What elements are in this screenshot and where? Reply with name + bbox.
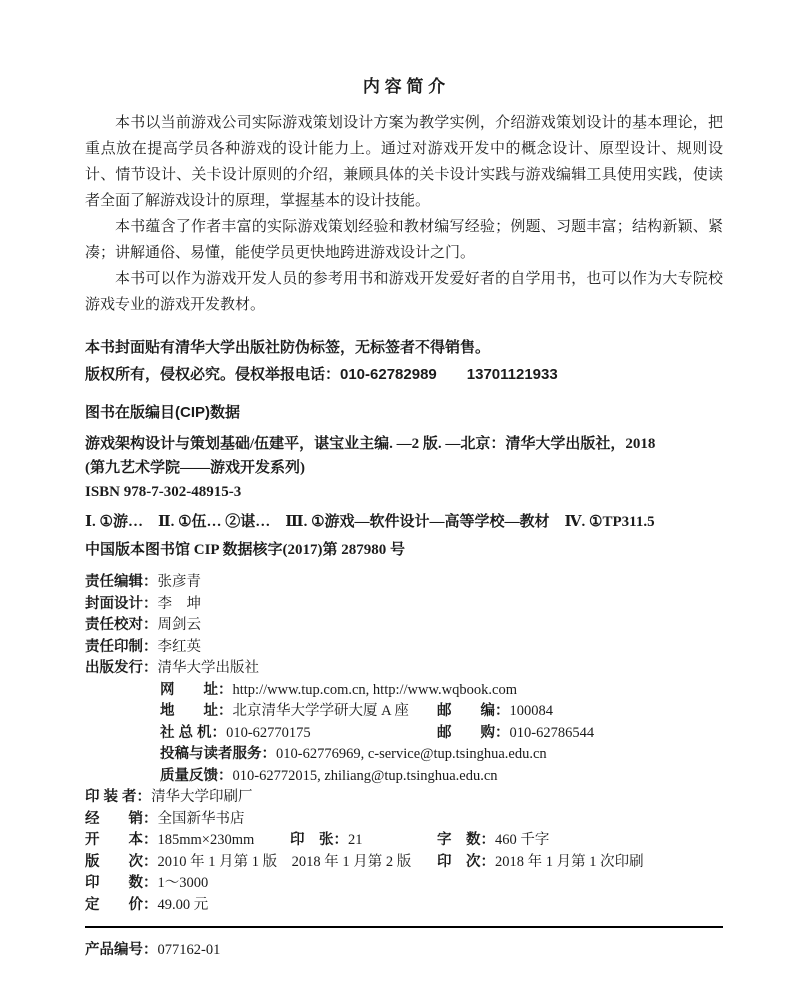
- printer-value: 清华大学印刷厂: [151, 789, 253, 805]
- info-label: 印 装 者：: [85, 789, 151, 805]
- colophon-row-printer: 印 装 者：清华大学印刷厂: [85, 787, 723, 809]
- address-value: 北京清华大学学研大厦 A 座: [233, 703, 409, 719]
- info-label: 投稿与读者服务：: [160, 746, 276, 762]
- info-label: 印 次：: [437, 854, 495, 870]
- section-title: 内 容 简 介: [85, 76, 723, 98]
- publisher-mail-order: 邮 购：010-62786544: [437, 723, 594, 745]
- cip-record-number: 中国版本图书馆 CIP 数据核字(2017)第 287980 号: [85, 538, 723, 562]
- credit-label: 封面设计：: [85, 596, 158, 612]
- cip-isbn: ISBN 978-7-302-48915-3: [85, 480, 723, 504]
- colophon-row-print-run: 印 数：1～3000: [85, 873, 723, 895]
- book-copyright-page: 内 容 简 介 本书以当前游戏公司实际游戏策划设计方案为教学实例，介绍游戏策划设…: [0, 0, 804, 1000]
- publisher-row-address: 地 址：北京清华大学学研大厦 A 座 邮 编：100084: [85, 701, 723, 723]
- credit-label: 责任印制：: [85, 639, 158, 655]
- distributor-value: 全国新华书店: [158, 811, 245, 827]
- credit-label: 责任编辑：: [85, 574, 158, 590]
- print-run-value: 1～3000: [158, 875, 209, 891]
- format-value: 185mm×230mm: [158, 832, 255, 848]
- credit-row-print-supervisor: 责任印制：李红英: [85, 637, 723, 659]
- intro-paragraph-3: 本书可以作为游戏开发人员的参考用书和游戏开发爱好者的自学用书，也可以作为大专院校…: [85, 266, 723, 318]
- notice-line-2: 版权所有，侵权必究。侵权举报电话：010-62782989 1370112193…: [85, 361, 723, 388]
- intro-paragraph-2: 本书蕴含了作者丰富的实际游戏策划经验和教材编写经验；例题、习题丰富；结构新颖、紧…: [85, 214, 723, 266]
- credit-value: 周剑云: [158, 617, 202, 633]
- publisher-postcode: 邮 编：100084: [437, 701, 553, 723]
- info-label: 字 数：: [437, 832, 495, 848]
- colophon-row-format: 开 本：185mm×230mm 印 张：21 字 数：460 千字: [85, 830, 723, 852]
- colophon-sheets: 印 张：21: [290, 830, 363, 852]
- credit-label: 责任校对：: [85, 617, 158, 633]
- publisher-row-quality-feedback: 质量反馈：010-62772015, zhiliang@tup.tsinghua…: [85, 766, 723, 788]
- publisher-row-switchboard: 社 总 机：010-62770175 邮 购：010-62786544: [85, 723, 723, 745]
- info-label: 社 总 机：: [160, 725, 226, 741]
- anti-piracy-notice: 本书封面贴有清华大学出版社防伪标签，无标签者不得销售。 版权所有，侵权必究。侵权…: [85, 334, 723, 388]
- cip-series: (第九艺术学院——游戏开发系列): [85, 456, 723, 480]
- colophon-impression: 印 次：2018 年 1 月第 1 次印刷: [437, 852, 644, 874]
- info-label: 定 价：: [85, 897, 158, 913]
- colophon-row-price: 定 价：49.00 元: [85, 895, 723, 917]
- cip-block: 图书在版编目(CIP)数据 游戏架构设计与策划基础/伍建平，谌宝业主编. —2 …: [85, 402, 723, 562]
- colophon-row-distributor: 经 销：全国新华书店: [85, 809, 723, 831]
- credit-row-cover-design: 封面设计：李 坤: [85, 594, 723, 616]
- credit-row-publisher: 出版发行：清华大学出版社: [85, 658, 723, 680]
- mail-order-value: 010-62786544: [510, 725, 595, 741]
- imprint-block: 责任编辑：张彦青 封面设计：李 坤 责任校对：周剑云 责任印制：李红英 出版发行…: [85, 572, 723, 916]
- info-label: 质量反馈：: [160, 768, 233, 784]
- credit-value: 李 坤: [158, 596, 202, 612]
- word-count-value: 460 千字: [495, 832, 549, 848]
- credit-value: 李红英: [158, 639, 202, 655]
- colophon-word-count: 字 数：460 千字: [437, 830, 549, 852]
- website-value: http://www.tup.com.cn, http://www.wqbook…: [233, 682, 517, 698]
- credit-row-editor: 责任编辑：张彦青: [85, 572, 723, 594]
- divider-line: [85, 926, 723, 928]
- postcode-value: 100084: [510, 703, 554, 719]
- price-value: 49.00 元: [158, 897, 209, 913]
- credit-value: 清华大学出版社: [158, 660, 260, 676]
- info-label: 邮 购：: [437, 725, 510, 741]
- info-label: 印 数：: [85, 875, 158, 891]
- info-label: 邮 编：: [437, 703, 510, 719]
- notice-line-1: 本书封面贴有清华大学出版社防伪标签，无标签者不得销售。: [85, 334, 723, 361]
- info-label: 网 址：: [160, 682, 233, 698]
- info-label: 版 次：: [85, 854, 158, 870]
- product-number-label: 产品编号：: [85, 942, 158, 958]
- credit-value: 张彦青: [158, 574, 202, 590]
- intro-paragraph-1: 本书以当前游戏公司实际游戏策划设计方案为教学实例，介绍游戏策划设计的基本理论，把…: [85, 110, 723, 214]
- reader-service-value: 010-62776969, c-service@tup.tsinghua.edu…: [276, 746, 547, 762]
- sheets-value: 21: [348, 832, 363, 848]
- cip-classification: Ⅰ. ①游… Ⅱ. ①伍… ②谌… Ⅲ. ①游戏—软件设计—高等学校—教材 Ⅳ.…: [85, 510, 723, 534]
- switchboard-value: 010-62770175: [226, 725, 311, 741]
- info-label: 经 销：: [85, 811, 158, 827]
- cip-body: 游戏架构设计与策划基础/伍建平，谌宝业主编. —2 版. —北京：清华大学出版社…: [85, 432, 723, 504]
- info-label: 地 址：: [160, 703, 233, 719]
- colophon-row-edition: 版 次：2010 年 1 月第 1 版 2018 年 1 月第 2 版 印 次：…: [85, 852, 723, 874]
- cip-description: 游戏架构设计与策划基础/伍建平，谌宝业主编. —2 版. —北京：清华大学出版社…: [85, 432, 723, 456]
- impression-value: 2018 年 1 月第 1 次印刷: [495, 854, 644, 870]
- product-number-row: 产品编号：077162-01: [85, 940, 723, 960]
- publisher-row-website: 网 址：http://www.tup.com.cn, http://www.wq…: [85, 680, 723, 702]
- product-number-value: 077162-01: [158, 942, 221, 958]
- info-label: 印 张：: [290, 832, 348, 848]
- cip-heading: 图书在版编目(CIP)数据: [85, 402, 723, 424]
- publisher-row-reader-service: 投稿与读者服务：010-62776969, c-service@tup.tsin…: [85, 744, 723, 766]
- quality-feedback-value: 010-62772015, zhiliang@tup.tsinghua.edu.…: [233, 768, 498, 784]
- info-label: 开 本：: [85, 832, 158, 848]
- page-content: 内 容 简 介 本书以当前游戏公司实际游戏策划设计方案为教学实例，介绍游戏策划设…: [85, 76, 723, 960]
- credit-row-proofreader: 责任校对：周剑云: [85, 615, 723, 637]
- credit-label: 出版发行：: [85, 660, 158, 676]
- edition-value: 2010 年 1 月第 1 版 2018 年 1 月第 2 版: [158, 854, 412, 870]
